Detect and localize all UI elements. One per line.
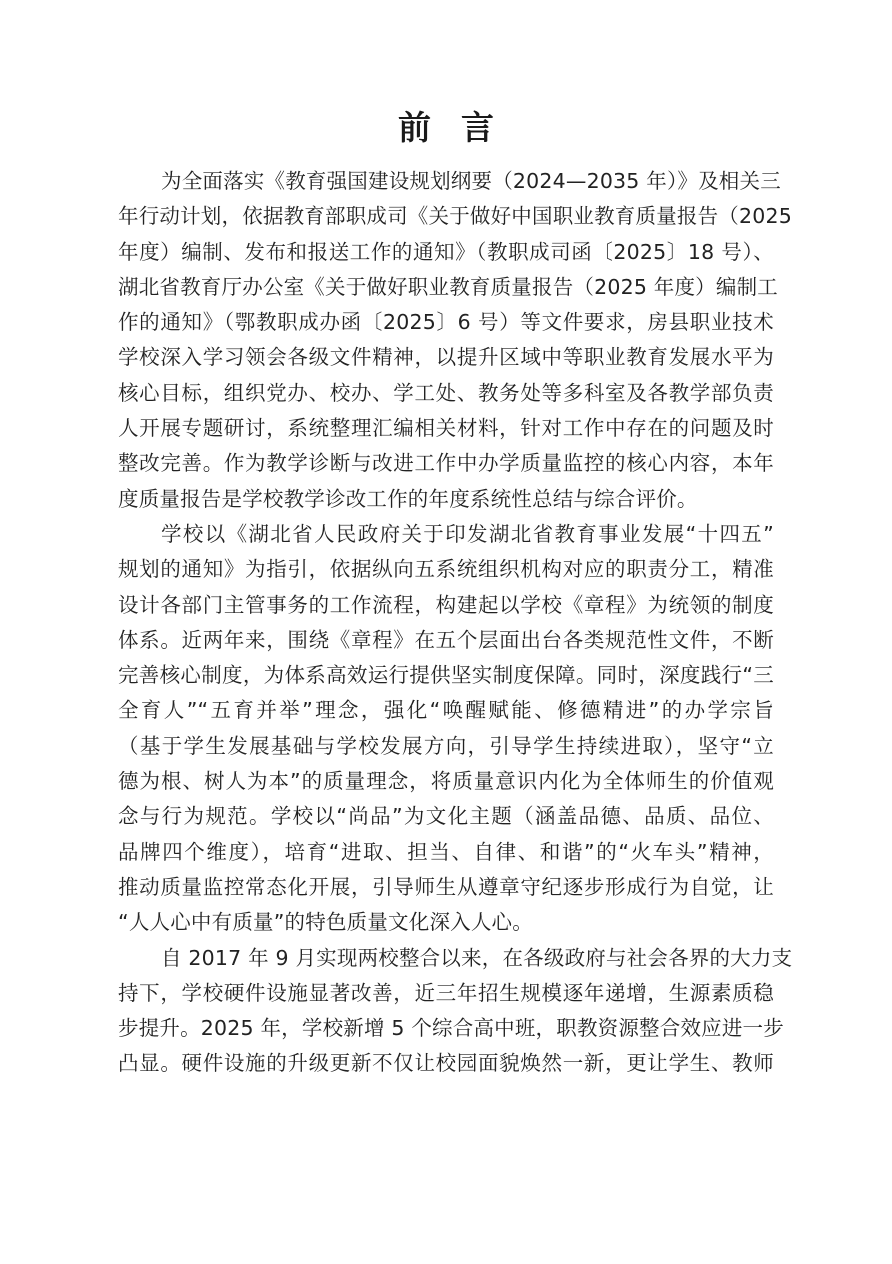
- text-line: 自 2017 年 9 月实现两校整合以来，在各级政府与社会各界的大力支: [118, 941, 774, 976]
- text-line: 人开展专题研讨，系统整理汇编相关材料，针对工作中存在的问题及时: [118, 411, 774, 446]
- text-line: 整改完善。作为教学诊断与改进工作中办学质量监控的核心内容，本年: [118, 446, 774, 481]
- text-line: 核心目标，组织党办、校办、学工处、教务处等多科室及各教学部负责: [118, 376, 774, 411]
- text-line: 德为根、树人为本”的质量理念，将质量意识内化为全体师生的价值观: [118, 764, 774, 799]
- paragraph-2: 学校以《湖北省人民政府关于印发湖北省教育事业发展“十四五” 规划的通知》为指引，…: [118, 517, 774, 941]
- text-line: 品牌四个维度），培育“进取、担当、自律、和谐”的“火车头”精神，: [118, 835, 774, 870]
- document-page: 前言 为全面落实《教育强国建设规划纲要（2024—2035 年）》及相关三 年行…: [0, 0, 892, 1264]
- text-line: （基于学生发展基础与学校发展方向，引导学生持续进取），坚守“立: [118, 729, 774, 764]
- text-line: 湖北省教育厅办公室《关于做好职业教育质量报告（2025 年度）编制工: [118, 270, 774, 305]
- text-line: 作的通知》（鄂教职成办函〔2025〕6 号）等文件要求，房县职业技术: [118, 305, 774, 340]
- text-line: 凸显。硬件设施的升级更新不仅让校园面貌焕然一新，更让学生、教师: [118, 1046, 774, 1081]
- text-line: 设计各部门主管事务的工作流程，构建起以学校《章程》为统领的制度: [118, 588, 774, 623]
- text-line: 学校深入学习领会各级文件精神，以提升区域中等职业教育发展水平为: [118, 340, 774, 375]
- text-line: 年度）编制、发布和报送工作的通知》（教职成司函〔2025〕18 号）、: [118, 235, 774, 270]
- text-line: “人人心中有质量”的特色质量文化深入人心。: [118, 905, 774, 940]
- text-line: 为全面落实《教育强国建设规划纲要（2024—2035 年）》及相关三: [118, 164, 774, 199]
- text-line: 全育人”“五育并举”理念，强化“唤醒赋能、修德精进”的办学宗旨: [118, 693, 774, 728]
- page-title: 前言: [0, 104, 892, 152]
- paragraph-1: 为全面落实《教育强国建设规划纲要（2024—2035 年）》及相关三 年行动计划…: [118, 164, 774, 517]
- text-line: 步提升。2025 年，学校新增 5 个综合高中班，职教资源整合效应进一步: [118, 1011, 774, 1046]
- paragraph-3: 自 2017 年 9 月实现两校整合以来，在各级政府与社会各界的大力支 持下，学…: [118, 941, 774, 1082]
- text-line: 念与行为规范。学校以“尚品”为文化主题（涵盖品德、品质、品位、: [118, 799, 774, 834]
- text-line: 规划的通知》为指引，依据纵向五系统组织机构对应的职责分工，精准: [118, 552, 774, 587]
- document-body: 为全面落实《教育强国建设规划纲要（2024—2035 年）》及相关三 年行动计划…: [118, 164, 774, 1082]
- text-line: 推动质量监控常态化开展，引导师生从遵章守纪逐步形成行为自觉，让: [118, 870, 774, 905]
- text-line: 体系。近两年来，围绕《章程》在五个层面出台各类规范性文件，不断: [118, 623, 774, 658]
- text-line: 学校以《湖北省人民政府关于印发湖北省教育事业发展“十四五”: [118, 517, 774, 552]
- text-line: 度质量报告是学校教学诊改工作的年度系统性总结与综合评价。: [118, 482, 774, 517]
- text-line: 持下，学校硬件设施显著改善，近三年招生规模逐年递增，生源素质稳: [118, 976, 774, 1011]
- text-line: 完善核心制度，为体系高效运行提供坚实制度保障。同时，深度践行“三: [118, 658, 774, 693]
- text-line: 年行动计划，依据教育部职成司《关于做好中国职业教育质量报告（2025: [118, 199, 774, 234]
